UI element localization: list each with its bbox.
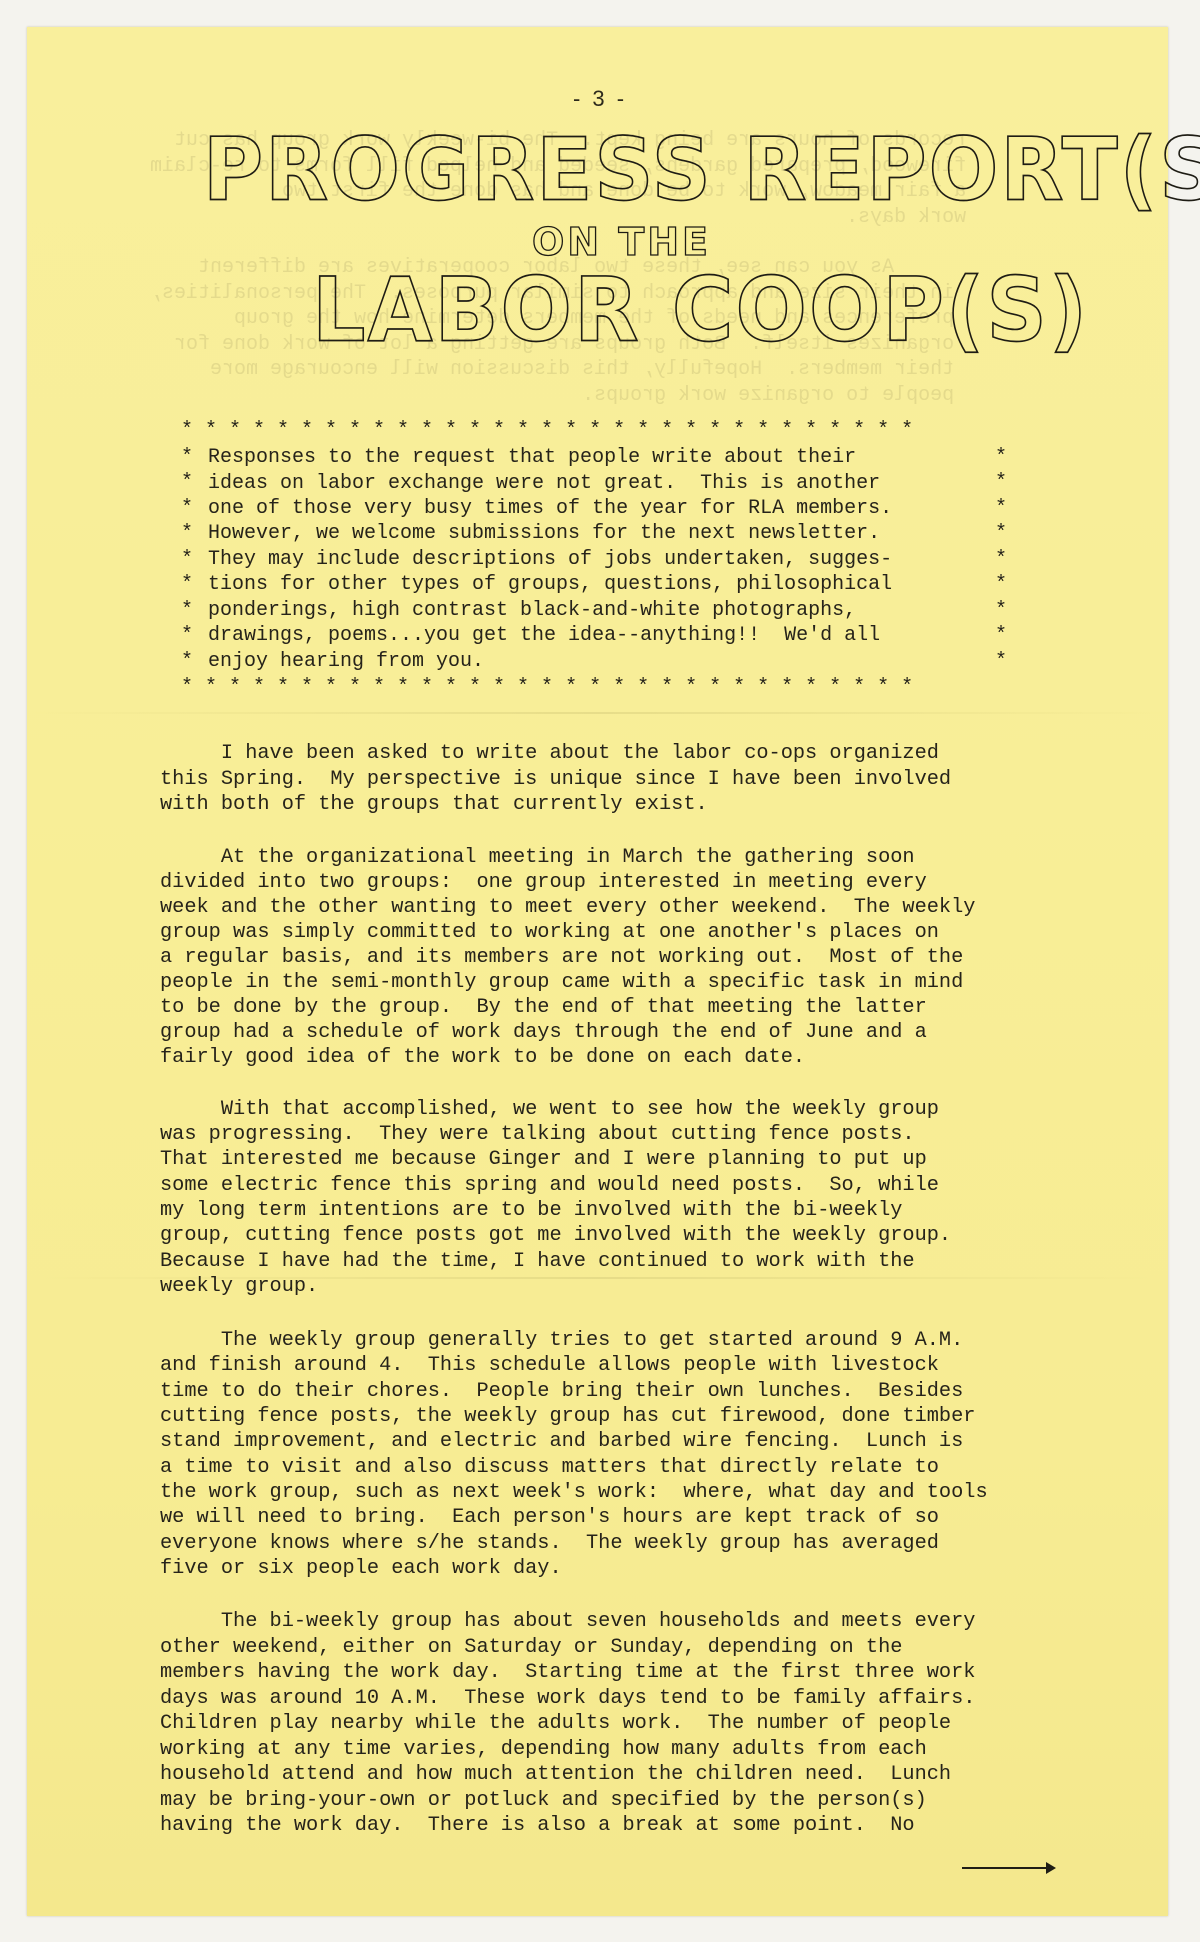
notice-border-right: * — [995, 548, 1007, 571]
body-line: working at any time varies, depending ho… — [160, 1740, 927, 1760]
notice-border-left: * — [181, 522, 193, 545]
body-line: fairly good idea of the work to be done … — [160, 1048, 805, 1068]
body-line: Children play nearby while the adults wo… — [160, 1714, 951, 1734]
body-line: I have been asked to write about the lab… — [160, 744, 939, 764]
notice-border-right: * — [995, 624, 1007, 647]
notice-border-left: * — [181, 446, 193, 469]
body-line: days was around 10 A.M. These work days … — [160, 1689, 975, 1709]
notice-border-right: * — [995, 522, 1007, 545]
notice-border-left: * — [181, 573, 193, 596]
body-line: cutting fence posts, the weekly group ha… — [160, 1407, 975, 1427]
body-line: and finish around 4. This schedule allow… — [160, 1356, 939, 1376]
body-line: was progressing. They were talking about… — [160, 1125, 915, 1145]
notice-border-right: * — [995, 471, 1007, 494]
body-line: time to do their chores. People bring th… — [160, 1382, 963, 1402]
body-line: At the organizational meeting in March t… — [160, 848, 915, 868]
notice-border-left: * — [181, 650, 193, 673]
notice-line: enjoy hearing from you. — [208, 652, 484, 672]
notice-border-left: * — [181, 624, 193, 647]
notice-border-left: * — [181, 497, 193, 520]
body-line: with both of the groups that currently e… — [160, 795, 708, 815]
body-line: members having the work day. Starting ti… — [160, 1663, 975, 1683]
notice-border-right: * — [995, 573, 1007, 596]
body-line: everyone knows where s/he stands. The we… — [160, 1534, 939, 1554]
body-line: group had a schedule of work days throug… — [160, 1023, 927, 1043]
notice-line: ideas on labor exchange were not great. … — [208, 474, 880, 494]
continued-arrow-icon — [962, 1867, 1050, 1869]
body-line: Because I have had the time, I have cont… — [160, 1252, 915, 1272]
body-line: to be done by the group. By the end of t… — [160, 998, 927, 1018]
notice-line: one of those very busy times of the year… — [208, 499, 892, 519]
body-line: other weekend, either on Saturday or Sun… — [160, 1638, 902, 1658]
body-line: this Spring. My perspective is unique si… — [160, 770, 951, 790]
body-line: weekly group. — [160, 1277, 318, 1297]
title-line-3: LABOR COOP(S) — [312, 266, 1089, 354]
notice-border-left: * — [181, 599, 193, 622]
notice-border-right: * — [995, 599, 1007, 622]
body-line: group was simply committed to working at… — [160, 923, 939, 943]
title-line-1: PROGRESS REPORT(S) — [203, 128, 1200, 214]
title-line-2: ON THE — [532, 223, 711, 261]
body-line: With that accomplished, we went to see h… — [160, 1100, 939, 1120]
body-line: some electric fence this spring and woul… — [160, 1176, 939, 1196]
body-line: having the work day. There is also a bre… — [160, 1816, 915, 1836]
page-number: - 3 - — [560, 86, 640, 112]
body-line: stand improvement, and electric and barb… — [160, 1432, 963, 1452]
body-line: The weekly group generally tries to get … — [160, 1331, 963, 1351]
body-line: my long term intentions are to be involv… — [160, 1201, 902, 1221]
notice-border-right: * — [995, 446, 1007, 469]
body-line: divided into two groups: one group inter… — [160, 873, 927, 893]
notice-border-left: * — [181, 471, 193, 494]
notice-border-right: * — [995, 650, 1007, 673]
notice-line: ponderings, high contrast black-and-whit… — [208, 601, 856, 621]
notice-line: They may include descriptions of jobs un… — [208, 550, 892, 570]
body-line: That interested me because Ginger and I … — [160, 1150, 927, 1170]
body-line: may be bring-your-own or potluck and spe… — [160, 1791, 927, 1811]
body-line: five or six people each work day. — [160, 1559, 562, 1579]
notice-line: However, we welcome submissions for the … — [208, 524, 880, 544]
notice-line: drawings, poems...you get the idea--anyt… — [208, 626, 880, 646]
body-line: The bi-weekly group has about seven hous… — [160, 1612, 975, 1632]
notice-border-left: * — [181, 548, 193, 571]
notice-border-top: * * * * * * * * * * * * * * * * * * * * … — [181, 419, 913, 442]
body-line: we will need to bring. Each person's hou… — [160, 1508, 939, 1528]
notice-border-right: * — [995, 497, 1007, 520]
body-line: week and the other wanting to meet every… — [160, 898, 975, 918]
body-line: the work group, such as next week's work… — [160, 1483, 988, 1503]
notice-line: tions for other types of groups, questio… — [208, 575, 892, 595]
body-line: people in the semi-monthly group came wi… — [160, 973, 963, 993]
paper-fold-crease — [27, 712, 1168, 714]
notice-border-bottom: * * * * * * * * * * * * * * * * * * * * … — [181, 676, 913, 699]
body-line: a regular basis, and its members are not… — [160, 948, 963, 968]
body-line: a time to visit and also discuss matters… — [160, 1458, 939, 1478]
notice-line: Responses to the request that people wri… — [208, 448, 856, 468]
body-line: group, cutting fence posts got me involv… — [160, 1226, 951, 1246]
body-line: household attend and how much attention … — [160, 1765, 951, 1785]
